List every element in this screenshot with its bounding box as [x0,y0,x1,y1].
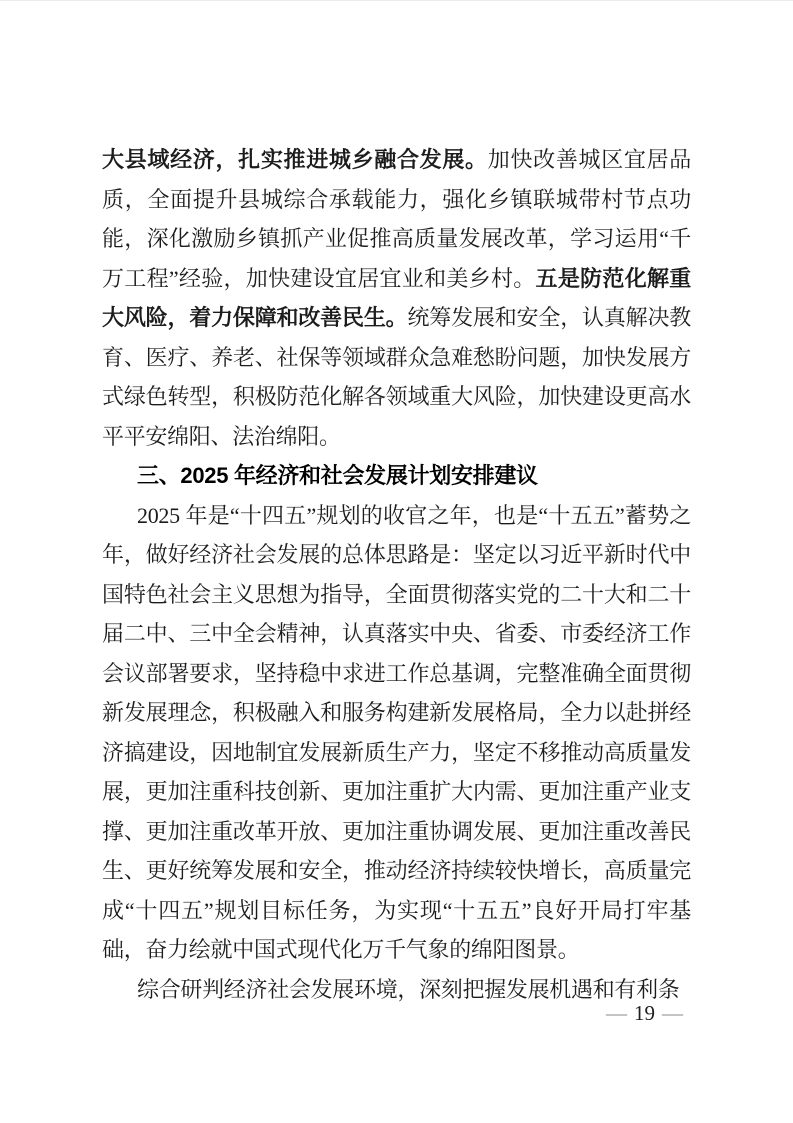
page-footer: —19— [599,1001,690,1025]
paragraph-overall-plan: 2025 年是“十四五”规划的收官之年，也是“十五五”蓄势之年，做好经济社会发展… [102,496,691,970]
paragraph-continuation: 大县域经济，扎实推进城乡融合发展。加快改善城区宜居品质，全面提升县城综合承载能力… [102,140,691,456]
footer-dash-left: — [599,1001,634,1025]
bold-run-urban-rural-integration: 大县域经济，扎实推进城乡融合发展。 [102,147,488,172]
page-number: 19 [634,1001,655,1025]
footer-dash-right: — [655,1001,690,1025]
section-heading-2025-plan: 三、2025 年经济和社会发展计划安排建议 [102,456,691,496]
document-content: 大县域经济，扎实推进城乡融合发展。加快改善城区宜居品质，全面提升县城综合承载能力… [102,140,691,1009]
document-page: 大县域经济，扎实推进城乡融合发展。加快改善城区宜居品质，全面提升县城综合承载能力… [0,0,793,1123]
